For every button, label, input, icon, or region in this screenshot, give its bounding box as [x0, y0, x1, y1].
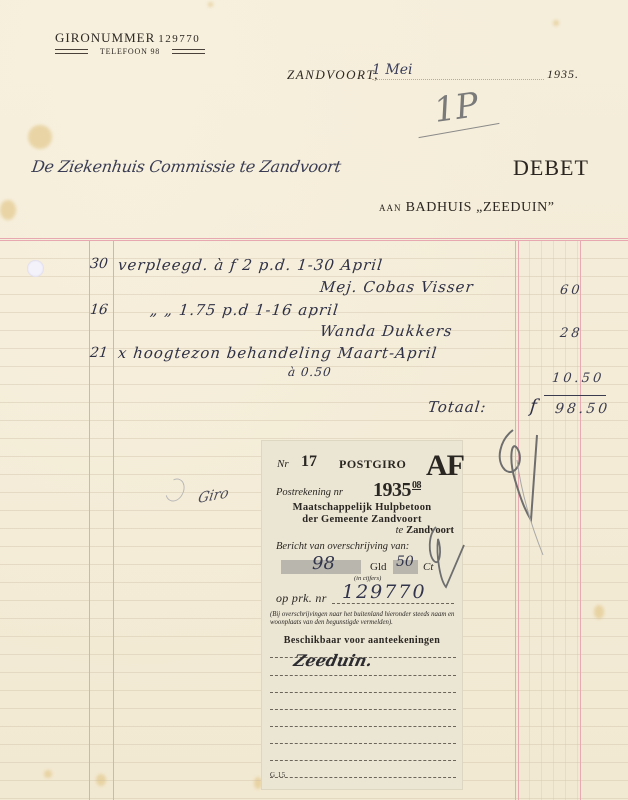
pencil-annotation: 1P: [431, 85, 481, 131]
total-label: Totaal:: [427, 398, 488, 416]
line-item-description: verpleegd. à f 2 p.d. 1-30 April: [117, 256, 384, 274]
te-label: te: [396, 525, 404, 536]
cents-column-rule: [580, 240, 581, 800]
postrekening-label: Postrekening nr: [276, 487, 343, 498]
aan-prefix: AAN: [379, 203, 402, 213]
place-name: ZANDVOORT,: [287, 67, 379, 83]
telephone-line: TELEFOON 98: [55, 47, 205, 57]
notes-line: [270, 675, 456, 676]
form-code: G 15: [270, 771, 286, 779]
notes-line: [270, 692, 456, 693]
notes-line: [270, 743, 456, 744]
postrekening-suffix: 08: [412, 480, 421, 491]
date-dotted-line: [372, 79, 544, 80]
double-rule-right: [172, 49, 205, 54]
date-year: 1935.: [547, 67, 579, 82]
slip-af-stamp: AF: [426, 449, 464, 483]
postgiro-transfer-slip: Nr 17 POSTGIRO AF Postrekening nr 193508…: [262, 441, 462, 789]
line-item-amount: 10.50: [551, 371, 605, 386]
postrekening-number: 193508: [373, 479, 421, 502]
line-item-description: „ „ 1.75 p.d 1-16 april: [149, 301, 340, 319]
total-overline: [544, 395, 606, 396]
line-item-qty: 30: [89, 256, 109, 272]
creditor-line: AAN BADHUIS „ZEEDUIN”: [379, 200, 555, 216]
qty-column-rule: [113, 240, 114, 800]
foreign-transfer-note: (Bij overschrijvingen naar het buitenlan…: [270, 611, 458, 627]
guilders-value: 98: [312, 553, 335, 574]
total-amount: 98.50: [554, 401, 611, 417]
line-item-qty: 21: [89, 345, 109, 361]
line-item-amount: 28: [559, 326, 583, 341]
prk-value: 129770: [342, 581, 427, 603]
pencil-scribble-icon: [424, 525, 474, 595]
margin-rule: [89, 240, 90, 800]
foxing-spot: [553, 20, 559, 26]
punch-hole: [27, 260, 44, 277]
prk-dotted-line: [332, 603, 454, 604]
company-name: BADHUIS „ZEEDUIN”: [406, 200, 555, 215]
pencil-check-mark-icon: [495, 420, 555, 560]
beneficiary-line-1: Maatschappelijk Hulpbetoon: [262, 502, 462, 513]
giro-number-heading: GIRONUMMER129770: [55, 30, 200, 46]
foxing-spot: [208, 2, 213, 7]
prk-label: op prk. nr: [276, 591, 327, 606]
notes-line: [270, 709, 456, 710]
notes-signature: Zeeduin.: [292, 651, 374, 670]
header-double-rule: [0, 238, 628, 241]
addressee-handwritten: De Ziekenhuis Commissie te Zandvoort: [31, 157, 342, 176]
postrekening-value: 1935: [373, 479, 411, 501]
slip-nr-label: Nr: [277, 458, 289, 470]
double-rule-left: [55, 49, 88, 54]
beneficiary-line-2: der Gemeente Zandvoort: [262, 514, 462, 525]
foxing-spot: [28, 125, 52, 149]
foxing-spot: [0, 200, 16, 220]
telephone-number: TELEFOON 98: [100, 47, 160, 56]
notes-line: [270, 777, 456, 778]
notes-line: [270, 760, 456, 761]
guilders-label: Gld: [370, 561, 387, 573]
line-item-rate: à 0.50: [287, 365, 332, 379]
notes-line: [270, 726, 456, 727]
cents-value: 50: [396, 554, 414, 570]
debet-heading: DEBET: [513, 155, 589, 181]
slip-title: POSTGIRO: [339, 457, 406, 472]
line-item-qty: 16: [89, 302, 109, 318]
bericht-label: Bericht van overschrijving van:: [276, 541, 409, 552]
slip-nr-value: 17: [301, 453, 317, 471]
line-item-patient: Wanda Dukkers: [319, 322, 454, 340]
line-item-patient: Mej. Cobas Visser: [319, 278, 475, 296]
notes-heading: Beschikbaar voor aanteekeningen: [262, 635, 462, 646]
line-item-amount: 60: [559, 283, 583, 298]
giro-number: 129770: [158, 33, 200, 45]
line-item-description: x hoogtezon behandeling Maart-April: [117, 344, 438, 362]
giro-label: GIRONUMMER: [55, 30, 155, 45]
date-day-month: 1 Mei: [372, 62, 412, 78]
